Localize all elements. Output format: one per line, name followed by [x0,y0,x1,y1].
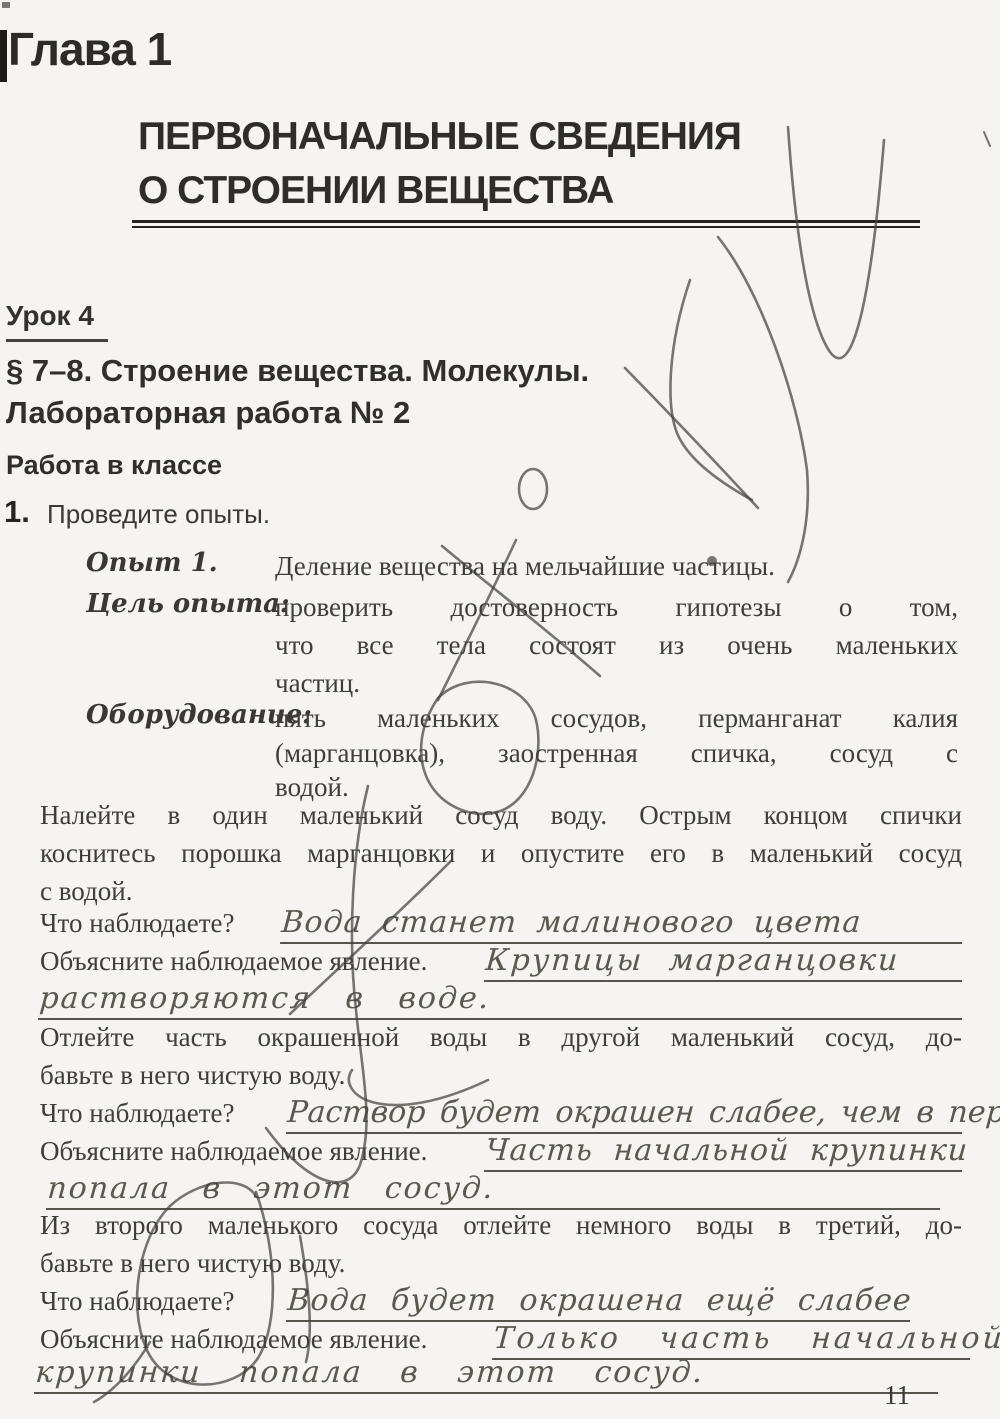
observe-label: Что наблюдаете? [40,1098,234,1129]
explain-row-2b: попала в этот сосуд. [46,1172,940,1210]
explain-label: Объясните наблюдаемое явление. [40,1324,427,1355]
chapter-title-line1: ПЕРВОНАЧАЛЬНЫЕ СВЕДЕНИЯ [138,110,938,164]
scan-corner-artifact [2,2,10,8]
scribble-small-oval [519,469,547,509]
chapter-label: Глава 1 [8,22,171,76]
explain-label: Объясните наблюдаемое явление. [40,1136,427,1167]
observe-row-3: Что наблюдаете? Вода будет окрашена ещё … [40,1284,910,1322]
step2-line: бавьте в него чистую воду. [40,1060,962,1096]
experiment-title: Деление вещества на мельчайшие частицы. [275,551,958,582]
step1-line: Налейте в один маленький сосуд воду. Ост… [40,800,962,836]
handwritten-explanation-3b: крупинки попала в этот сосуд. [34,1355,941,1394]
goal-line: что все тела состоят из очень маленьких [275,630,958,661]
workbook-page: Глава 1 ПЕРВОНАЧАЛЬНЫЕ СВЕДЕНИЯ О СТРОЕН… [0,0,1000,1419]
lesson-label: Урок 4 [6,300,108,342]
handwritten-explanation-2b: попала в этот сосуд. [46,1171,943,1210]
handwritten-explanation-2a: Часть начальной крупинки [484,1133,965,1172]
step3-line: Из второго маленького сосуда отлейте нем… [40,1210,962,1246]
task-text: Проведите опыты. [47,499,270,530]
equipment-line: (марганцовка), заостренная спичка, сосуд… [275,738,958,769]
observe-label: Что наблюдаете? [40,1286,234,1317]
goal-line: проверить достоверность гипотезы о том, [275,592,958,623]
step2-line: Отлейте часть окрашенной воды в другой м… [40,1022,962,1058]
equipment-line: водой. [275,772,958,803]
chapter-title: ПЕРВОНАЧАЛЬНЫЕ СВЕДЕНИЯ О СТРОЕНИИ ВЕЩЕС… [138,110,938,218]
task-number: 1. [4,494,30,530]
explain-row-1: Объясните наблюдаемое явление. Крупицы м… [40,944,962,982]
step3-line: бавьте в него чистую воду. [40,1248,962,1284]
section-title-line1: § 7–8. Строение вещества. Молекулы. [6,350,766,392]
explain-label: Объясните наблюдаемое явление. [40,946,427,977]
observe-label: Что наблюдаете? [40,908,234,939]
handwritten-explanation-1a: Крупицы марганцовки [484,943,965,982]
handwritten-answer-2: Раствор будет окрашен слабее, чем в перв… [286,1095,965,1134]
classwork-heading: Работа в классе [6,450,222,481]
experiment-label: Опыт 1. [86,548,276,578]
explain-row-2: Объясните наблюдаемое явление. Часть нач… [40,1134,962,1172]
observe-row-1: Что наблюдаете? Вода станет малинового ц… [40,906,962,944]
equipment-line: пять маленьких сосудов, перманганат кали… [275,703,958,734]
handwritten-answer-1: Вода станет малинового цвета [280,905,965,944]
explain-row-3b: крупинки попала в этот сосуд. [34,1356,938,1394]
page-number: 11 [884,1380,910,1411]
goal-line: частиц. [275,668,958,699]
handwritten-answer-3: Вода будет окрашена ещё слабее [286,1283,913,1322]
chapter-title-line2: О СТРОЕНИИ ВЕЩЕСТВА [138,164,938,218]
section-title-line2: Лабораторная работа № 2 [6,392,766,434]
scan-edge-mark [0,30,7,82]
chapter-title-rule [132,220,920,228]
step1-line: коснитесь порошка марганцовки и опустите… [40,838,962,874]
observe-row-2: Что наблюдаете? Раствор будет окрашен сл… [40,1096,962,1134]
equipment-label: Оборудование: [86,700,276,730]
explain-row-1b: растворяются в воде. [38,982,962,1020]
scribble-tick [984,132,990,146]
handwritten-explanation-1b: растворяются в воде. [38,981,965,1020]
goal-label: Цель опыта: [86,589,276,619]
section-title: § 7–8. Строение вещества. Молекулы. Лабо… [6,350,766,434]
